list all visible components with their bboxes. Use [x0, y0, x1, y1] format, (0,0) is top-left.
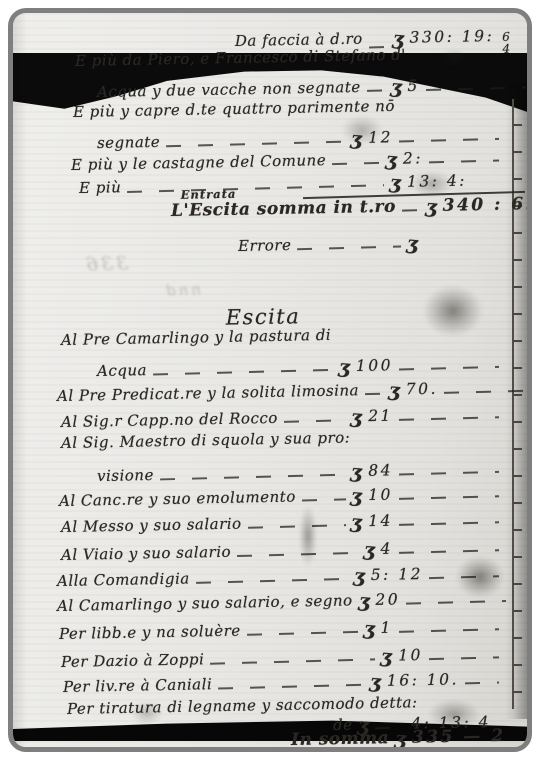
fraction-denominator: 4	[502, 43, 510, 55]
dash-leader	[196, 578, 348, 584]
line-text: Per liv.re à Caniali	[63, 675, 213, 696]
currency-mark: ʒ	[394, 727, 407, 750]
dash-leader	[402, 209, 420, 211]
dash-trailer	[399, 366, 499, 371]
amount: 335 — 2	[412, 726, 506, 748]
bleed-through-text: 336	[83, 252, 129, 276]
dash-trailer	[465, 682, 499, 685]
dash-leader	[302, 498, 346, 501]
dash-leader	[237, 552, 358, 557]
amount: 330: 19:	[409, 27, 494, 47]
line-text: Per Dazio à Zoppi	[61, 650, 205, 671]
amount: 4	[380, 540, 393, 558]
ledger-line-error: Errore ʒ	[238, 231, 418, 256]
line-text: Per libb.e y na soluère	[59, 622, 241, 643]
amount: 84	[368, 461, 393, 479]
dash-leader	[365, 393, 383, 395]
amount: 1	[380, 619, 393, 637]
dash-leader	[153, 369, 333, 376]
currency-mark: ʒ	[338, 356, 351, 379]
dash-leader	[367, 89, 385, 91]
amount-fraction: 6 4	[502, 31, 510, 55]
line-text: Al Viaio y suo salario	[61, 543, 231, 564]
dash-trailer	[429, 575, 499, 579]
amount: 5	[407, 77, 420, 95]
amount: 14	[368, 512, 393, 530]
amount: 70.	[406, 380, 438, 399]
currency-mark: ʒ	[357, 590, 370, 613]
currency-mark: ʒ	[388, 379, 401, 402]
dash-leader	[166, 141, 345, 148]
line-text: Errore	[238, 236, 292, 255]
dash-trailer	[406, 600, 506, 605]
dash-trailer	[399, 495, 499, 500]
scan-frame: 336 nnd Da faccia à d.ro ʒ 330: 19: 6 4 …	[8, 8, 532, 752]
amount: 100	[356, 356, 393, 375]
currency-mark: ʒ	[390, 76, 403, 99]
line-text: E più	[79, 178, 122, 197]
dash-trailer	[399, 138, 499, 143]
amount: 16: 10.	[387, 670, 459, 689]
amount: 10	[398, 646, 423, 664]
dash-trailer	[399, 521, 499, 526]
currency-mark: ʒ	[389, 171, 402, 194]
amount: 340 : 6: 8	[442, 194, 532, 216]
currency-mark: ʒ	[425, 196, 438, 219]
dash-trailer	[399, 416, 499, 421]
dash-trailer	[429, 656, 499, 660]
currency-mark: ʒ	[363, 539, 376, 562]
line-text: Al Sig.r Capp.no del Rocco	[61, 409, 278, 431]
amount: 12	[368, 128, 393, 146]
currency-mark: ʒ	[350, 406, 363, 429]
line-text: Al Canc.re y suo emolumento	[59, 487, 296, 510]
dash-leader	[297, 246, 401, 251]
amount: 21	[368, 407, 393, 425]
currency-mark: ʒ	[350, 461, 363, 484]
line-text: visione	[97, 466, 154, 485]
amount: 13: 4:	[407, 172, 467, 191]
line-text: segnate	[97, 133, 161, 152]
currency-mark: ʒ	[350, 485, 363, 508]
ink-stain	[423, 285, 483, 337]
dash-trailer	[399, 628, 499, 633]
line-text: Alla Comandigia	[57, 569, 190, 590]
amount: 2:	[403, 149, 423, 167]
currency-mark: ʒ	[406, 232, 419, 255]
scanned-manuscript-page: 336 nnd Da faccia à d.ro ʒ 330: 19: 6 4 …	[13, 13, 527, 747]
amount: 20	[375, 590, 400, 608]
ledger-grand-total: In somma ʒ 335 — 2	[291, 725, 467, 750]
currency-mark: ʒ	[353, 565, 366, 588]
currency-mark: ʒ	[380, 645, 393, 668]
line-text: E più y le castagne del Comune	[71, 151, 326, 174]
dash-leader	[248, 524, 346, 529]
currency-mark: ʒ	[350, 511, 363, 534]
dash-trailer	[429, 160, 499, 164]
dash-leader	[247, 631, 358, 636]
line-text: Al Messo y suo salario	[61, 515, 242, 536]
line-text: In somma	[291, 728, 390, 750]
dash-trailer	[399, 471, 499, 476]
dash-trailer	[399, 549, 499, 554]
dash-leader	[218, 684, 364, 690]
amount: 10	[368, 486, 393, 504]
currency-mark: ʒ	[385, 148, 398, 171]
dash-leader	[210, 658, 375, 664]
amount: 5: 12	[371, 565, 424, 584]
bleed-through-text: nnd	[163, 280, 202, 299]
dash-leader	[284, 419, 346, 423]
dash-leader	[127, 184, 384, 193]
currency-mark: ʒ	[363, 618, 376, 641]
line-text: Acqua	[97, 361, 147, 380]
dash-leader	[160, 474, 346, 481]
interlinear-correction: Entrata	[181, 187, 237, 202]
dash-leader	[332, 162, 380, 165]
currency-mark: ʒ	[369, 671, 382, 694]
